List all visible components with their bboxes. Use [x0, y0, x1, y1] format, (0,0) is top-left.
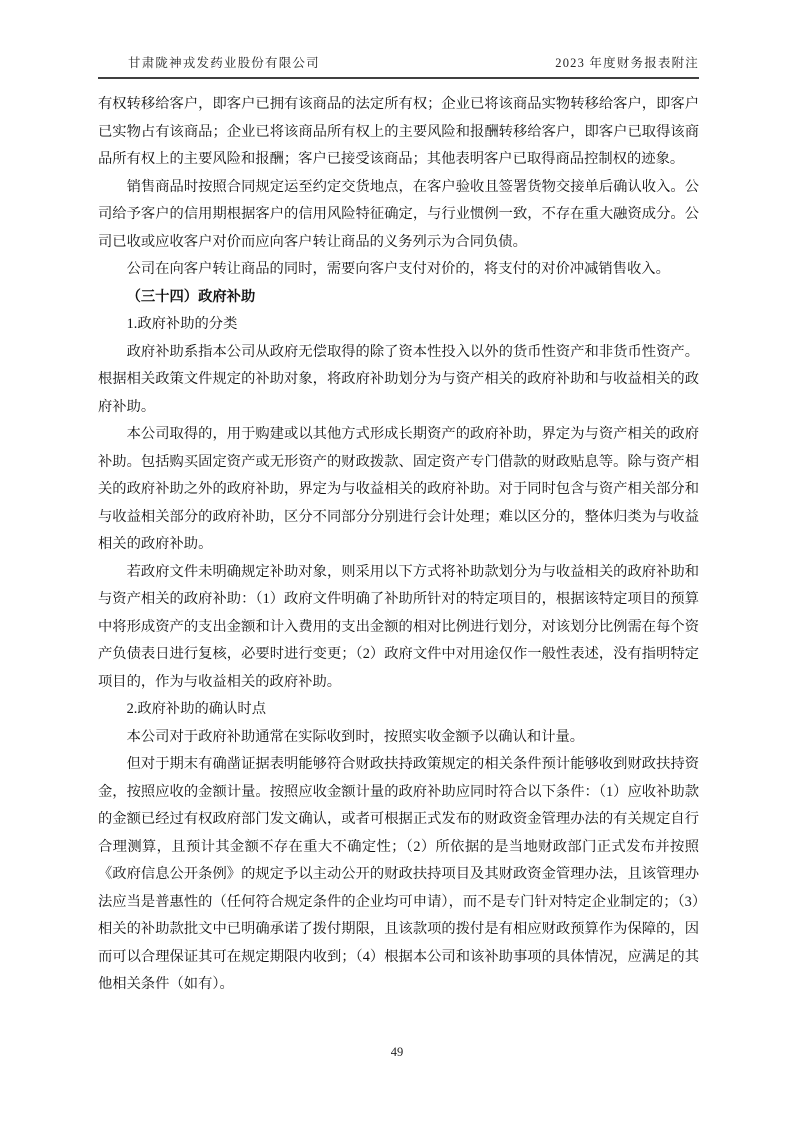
paragraph-sales-revenue-recognition: 销售商品时按照合同规定运至约定交货地点，在客户验收且签署货物交接单后确认收入。公… — [98, 174, 699, 257]
paragraph-control-transfer-indicators: 有权转移给客户，即客户已拥有该商品的法定所有权；企业已将该商品实物转移给客户，即… — [98, 91, 699, 174]
section-heading-government-grants: （三十四）政府补助 — [98, 284, 699, 312]
header-doc-title: 2023 年度财务报表附注 — [555, 53, 699, 71]
paragraph-grant-definition: 政府补助系指本公司从政府无偿取得的除了资本性投入以外的货币性资产和非货币性资产。… — [98, 339, 699, 422]
page-footer: 49 — [0, 1045, 794, 1060]
subheading-grant-recognition-timing: 2.政府补助的确认时点 — [98, 696, 699, 724]
paragraph-asset-related-grants: 本公司取得的，用于购建或以其他方式形成长期资产的政府补助，界定为与资产相关的政府… — [98, 421, 699, 559]
paragraph-consideration-payable: 公司在向客户转让商品的同时，需要向客户支付对价的，将支付的对价冲减销售收入。 — [98, 256, 699, 284]
paragraph-receivable-grant-conditions: 但对于期末有确凿证据表明能够符合财政扶持政策规定的相关条件预计能够收到财政扶持资… — [98, 751, 699, 999]
paragraph-grant-allocation-method: 若政府文件未明确规定补助对象，则采用以下方式将补助款划分为与收益相关的政府补助和… — [98, 559, 699, 697]
header-company-name: 甘肃陇神戎发药业股份有限公司 — [98, 53, 320, 71]
subheading-grant-classification: 1.政府补助的分类 — [98, 311, 699, 339]
page-header: 甘肃陇神戎发药业股份有限公司 2023 年度财务报表附注 — [98, 53, 699, 79]
page-number: 49 — [391, 1045, 404, 1059]
document-body: 有权转移给客户，即客户已拥有该商品的法定所有权；企业已将该商品实物转移给客户，即… — [98, 91, 699, 999]
paragraph-grant-measurement: 本公司对于政府补助通常在实际收到时，按照实收金额予以确认和计量。 — [98, 724, 699, 752]
document-page: 甘肃陇神戎发药业股份有限公司 2023 年度财务报表附注 有权转移给客户，即客户… — [0, 0, 794, 1122]
